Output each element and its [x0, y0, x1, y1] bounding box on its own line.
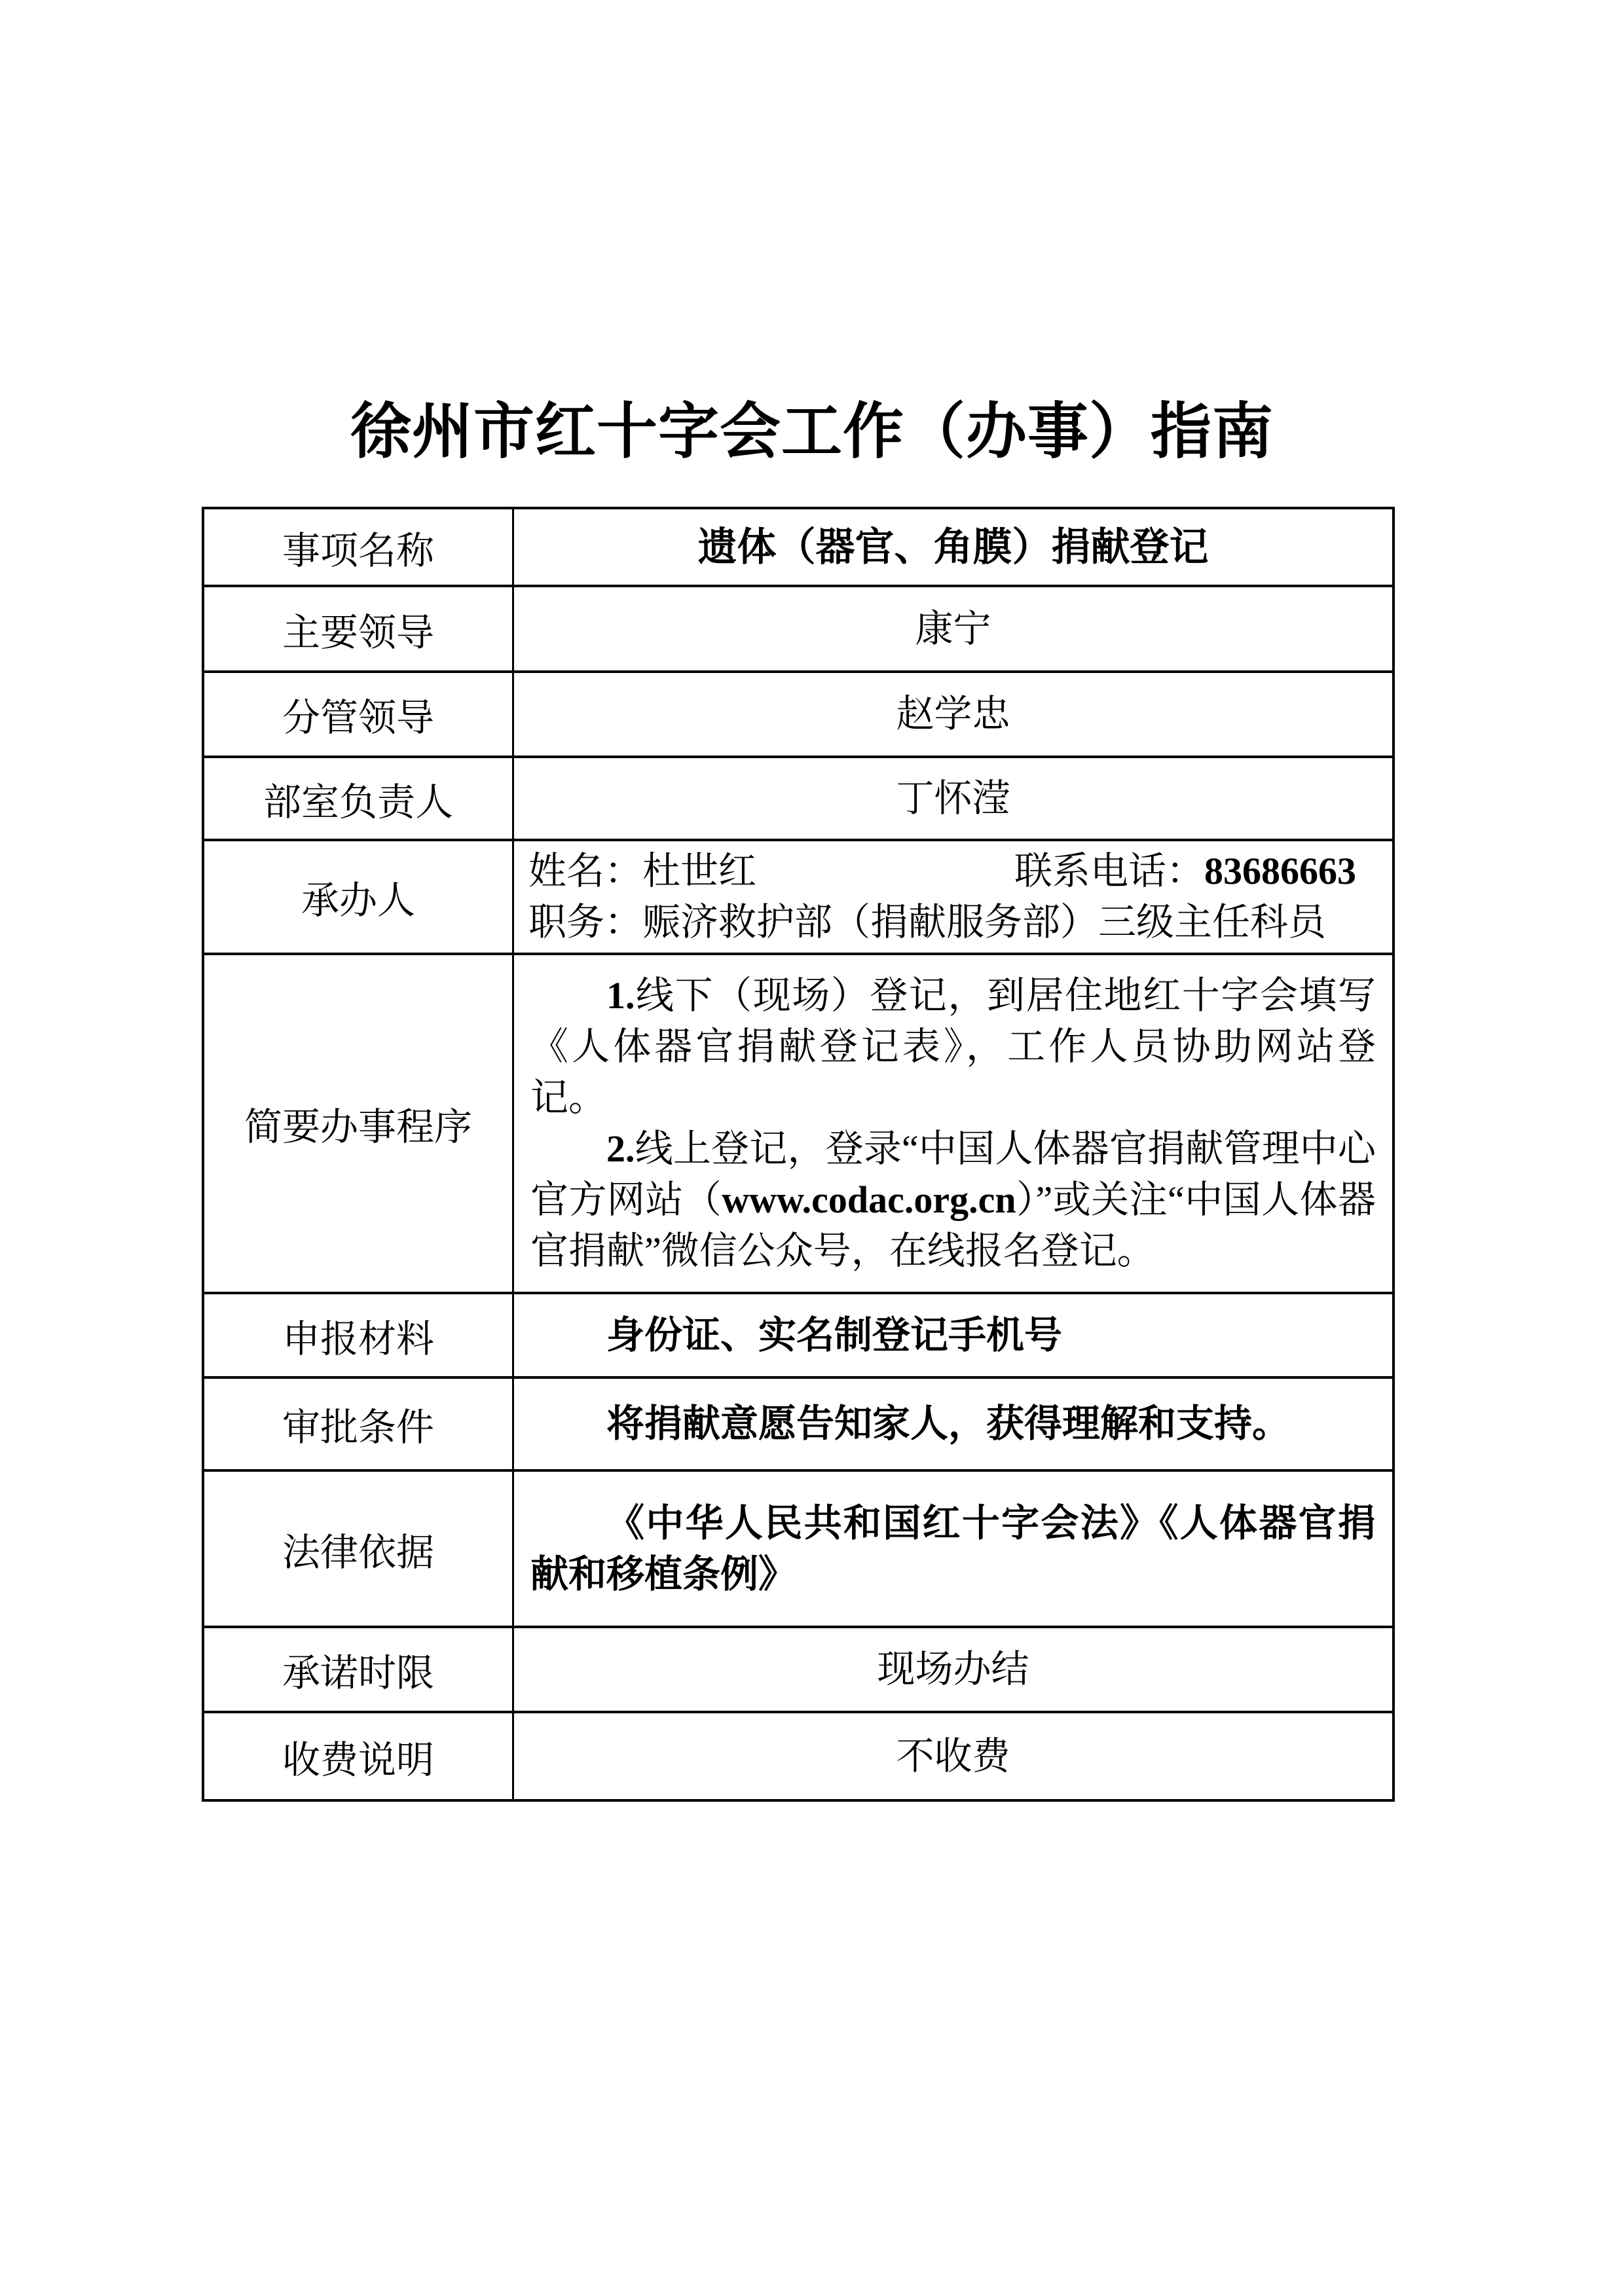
- row-label: 法律依据: [204, 1472, 514, 1626]
- contact-name: 姓名：杜世红: [528, 846, 756, 897]
- contact-duty-line: 职务：赈济救护部（捐献服务部）三级主任科员: [514, 897, 1392, 948]
- row-label: 承诺时限: [204, 1628, 514, 1711]
- contact-phone: 联系电话：83686663: [1014, 846, 1356, 897]
- contact-phone-label: 联系电话：: [1014, 850, 1204, 892]
- paragraph-segment: 线下（现场）登记，到居住地红十字会填写《人体器官捐献登记表》，工作人员协助网站登…: [530, 974, 1376, 1119]
- guide-table: 事项名称遗体（器官、角膜）捐献登记主要领导康宁分管领导赵学忠部室负责人丁怀滢承办…: [202, 507, 1395, 1802]
- table-row: 承诺时限现场办结: [204, 1628, 1392, 1713]
- paragraph-segment: 2.: [606, 1127, 635, 1170]
- paragraph-segment: www.codac.org.cn: [722, 1178, 1016, 1221]
- paragraph-segment: 1.: [606, 974, 635, 1017]
- table-row: 承办人姓名：杜世红联系电话：83686663职务：赈济救护部（捐献服务部）三级主…: [204, 841, 1392, 955]
- row-label: 部室负责人: [204, 758, 514, 839]
- row-value-text: 赵学忠: [896, 689, 1010, 740]
- row-value: 康宁: [514, 587, 1392, 670]
- row-label: 收费说明: [204, 1713, 514, 1799]
- row-value-text: 不收费: [896, 1731, 1010, 1782]
- row-label: 分管领导: [204, 673, 514, 756]
- page-title: 徐州市红十字会工作（办事）指南: [0, 398, 1624, 468]
- row-value-text: 将捐献意愿告知家人，获得理解和支持。: [514, 1398, 1392, 1449]
- table-row: 事项名称遗体（器官、角膜）捐献登记: [204, 509, 1392, 587]
- row-value: 1.线下（现场）登记，到居住地红十字会填写《人体器官捐献登记表》，工作人员协助网…: [514, 955, 1392, 1292]
- row-label: 申报材料: [204, 1294, 514, 1376]
- row-label: 主要领导: [204, 587, 514, 670]
- row-value-text: 现场办结: [877, 1644, 1029, 1695]
- row-value: 赵学忠: [514, 673, 1392, 756]
- value-paragraph: 1.线下（现场）登记，到居住地红十字会填写《人体器官捐献登记表》，工作人员协助网…: [514, 970, 1392, 1123]
- contact-phone-number: 83686663: [1204, 850, 1356, 892]
- row-value-text: 身份证、实名制登记手机号: [514, 1310, 1392, 1361]
- row-value: 《中华人民共和国红十字会法》《人体器官捐献和移植条例》: [514, 1472, 1392, 1626]
- row-value: 不收费: [514, 1713, 1392, 1799]
- table-row: 简要办事程序1.线下（现场）登记，到居住地红十字会填写《人体器官捐献登记表》，工…: [204, 955, 1392, 1294]
- row-value: 遗体（器官、角膜）捐献登记: [514, 509, 1392, 585]
- row-value: 身份证、实名制登记手机号: [514, 1294, 1392, 1376]
- contact-name-phone-line: 姓名：杜世红联系电话：83686663: [514, 846, 1392, 897]
- document-page: 徐州市红十字会工作（办事）指南 事项名称遗体（器官、角膜）捐献登记主要领导康宁分…: [0, 0, 1624, 2296]
- table-row: 分管领导赵学忠: [204, 673, 1392, 758]
- row-label: 简要办事程序: [204, 955, 514, 1292]
- row-value: 丁怀滢: [514, 758, 1392, 839]
- table-row: 部室负责人丁怀滢: [204, 758, 1392, 841]
- row-value: 现场办结: [514, 1628, 1392, 1711]
- row-value-text: 康宁: [915, 604, 991, 655]
- row-value-text: 丁怀滢: [896, 773, 1010, 824]
- value-paragraph: 2.线上登记，登录“中国人体器官捐献管理中心官方网站（www.codac.org…: [514, 1123, 1392, 1277]
- table-row: 主要领导康宁: [204, 587, 1392, 673]
- table-row: 审批条件将捐献意愿告知家人，获得理解和支持。: [204, 1379, 1392, 1472]
- row-value: 将捐献意愿告知家人，获得理解和支持。: [514, 1379, 1392, 1469]
- row-value-text: 遗体（器官、角膜）捐献登记: [698, 522, 1209, 573]
- row-value-text: 《中华人民共和国红十字会法》《人体器官捐献和移植条例》: [514, 1498, 1392, 1600]
- row-label: 承办人: [204, 841, 514, 953]
- table-row: 申报材料身份证、实名制登记手机号: [204, 1294, 1392, 1379]
- table-row: 收费说明不收费: [204, 1713, 1392, 1799]
- row-label: 事项名称: [204, 509, 514, 585]
- table-row: 法律依据《中华人民共和国红十字会法》《人体器官捐献和移植条例》: [204, 1472, 1392, 1628]
- row-value: 姓名：杜世红联系电话：83686663职务：赈济救护部（捐献服务部）三级主任科员: [514, 841, 1392, 953]
- row-label: 审批条件: [204, 1379, 514, 1469]
